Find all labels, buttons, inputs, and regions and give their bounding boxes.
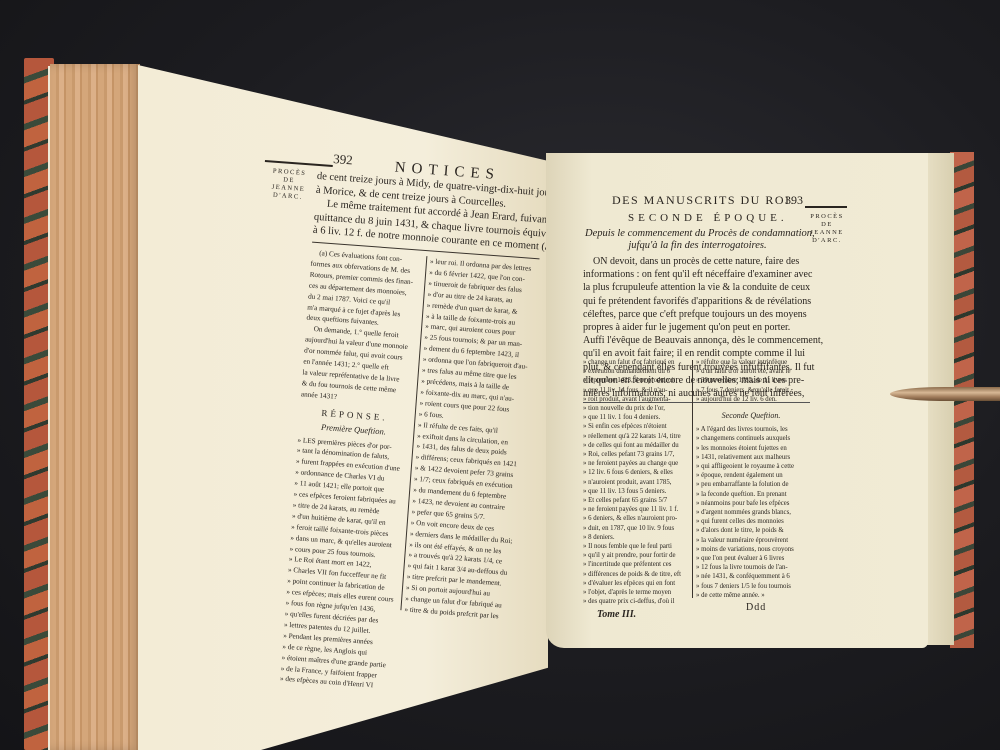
section-title: SECONDE ÉPOQUE. — [628, 212, 788, 224]
page-block-fore-edge — [50, 64, 140, 750]
page-number-right: 393 — [785, 193, 803, 208]
seconde-question-heading: Seconde Queftion. — [696, 411, 806, 420]
side-note-left: PROCÈSDEJEANNED'ARC. — [265, 167, 312, 202]
footnote-col1-right: » change un falut d'or fabriqué en » exé… — [583, 358, 681, 620]
pen-pointer — [890, 387, 1000, 401]
page-number-left: 392 — [333, 151, 354, 168]
section-subtitle: Depuis le commencement du Procès de cond… — [585, 228, 810, 252]
signature-mark: Ddd — [746, 603, 806, 612]
volume-signature: Tome III. — [597, 610, 681, 619]
running-head-right: DES MANUSCRITS DU ROI. — [612, 193, 795, 208]
footnote-col2-right: » réfulte que la valeur intrinfèque » d'… — [696, 358, 806, 612]
column-rule-right — [692, 360, 693, 598]
running-head-rule-right — [805, 206, 847, 208]
